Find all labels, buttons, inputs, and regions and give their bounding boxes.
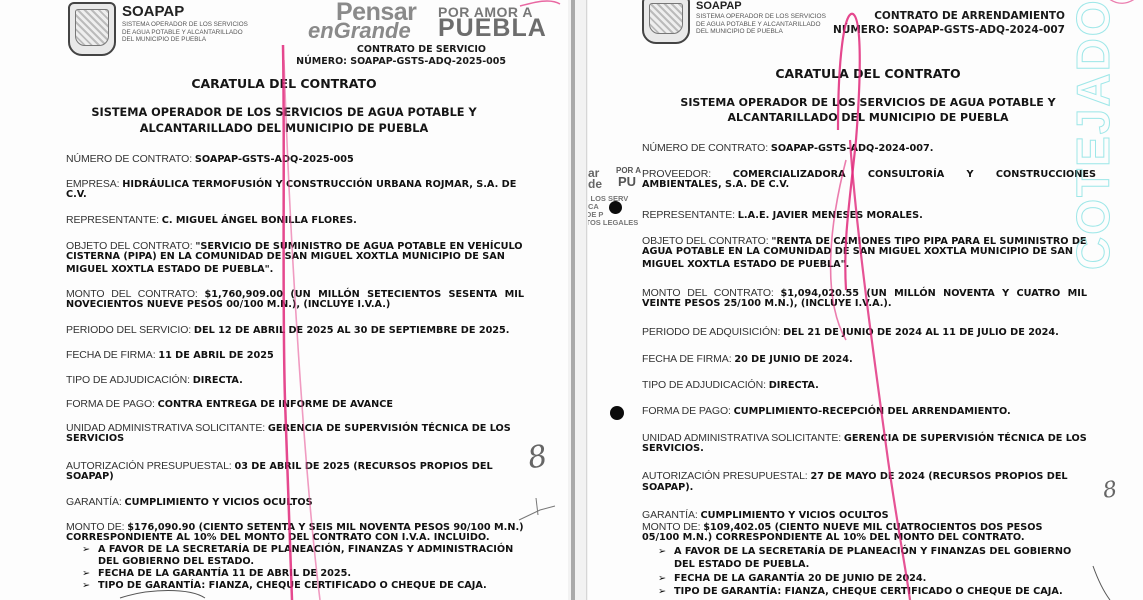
arrow-bullet-icon: ➢ [658,572,674,585]
field-signing-date: FECHA DE FIRMA: 20 DE JUNIO DE 2024. [642,350,853,366]
field-payment-form: FORMA DE PAGO: CONTRA ENTREGA DE INFORME… [66,395,393,411]
field-object-cont2: MIGUEL XOXTLA ESTADO DE PUEBLA". [642,258,849,271]
field-company-cont: C.V. [66,188,87,201]
cotejado-stamp: COTEJADO [1066,0,1120,270]
field-amount-cont: NOVECIENTOS NUEVE PESOS 00/100 M.N.), (I… [66,298,390,311]
arrow-bullet-icon: ➢ [82,543,98,556]
bullet-item-cont: DEL ESTADO DE PUEBLA. [674,558,809,571]
contract-page-left: SOAPAP SISTEMA OPERADOR DE LOS SERVICIOS… [0,0,568,600]
field-company: EMPRESA: HIDRÁULICA TERMOFUSIÓN Y CONSTR… [66,175,516,191]
soapap-crest-logo [642,0,690,44]
field-supplier-cont: AMBIENTALES, S.A. DE C.V. [642,178,789,191]
field-contract-number: NÚMERO DE CONTRATO: SOAPAP-GSTS-ADQ-2025… [66,150,354,166]
page-divider [571,0,575,600]
field-object-cont: AGUA POTABLE EN LA COMUNIDAD DE SAN MIGU… [642,245,1073,258]
arrow-bullet-icon: ➢ [658,545,674,558]
arrow-bullet-icon: ➢ [82,579,98,592]
field-signing-date: FECHA DE FIRMA: 11 DE ABRIL DE 2025 [66,346,274,362]
contract-page-right: SOAPAP SISTEMA OPERADOR DE LOS SERVICIOS… [588,0,1143,600]
org-short-name: SOAPAP [696,0,742,12]
document-subtitle: SISTEMA OPERADOR DE LOS SERVICIOS DE AGU… [628,95,1108,125]
field-object-cont2: MIGUEL XOXTLA ESTADO DE PUEBLA". [66,263,273,276]
punch-hole-dot [610,406,624,420]
punch-hole-dot [609,201,622,214]
bullet-item: ➢TIPO DE GARANTÍA: FIANZA, CHEQUE CERTIF… [658,585,1063,598]
field-guarantee-amount-cont: 05/100 M.N.) CORRESPONDIENTE AL 10% DEL … [642,531,1025,544]
doc-number: NÚMERO: SOAPAP-GSTS-ADQ-2025-005 [296,56,506,67]
doc-type: CONTRATO DE SERVICIO [357,44,486,55]
bullet-item: ➢A FAVOR DE LA SECRETARÍA DE PLANEACIÓN … [658,545,1071,558]
doc-type: CONTRATO DE ARRENDAMIENTO [874,10,1065,22]
bullet-item: ➢TIPO DE GARANTÍA: FIANZA, CHEQUE CERTIF… [82,579,487,592]
field-guarantee: GARANTÍA: CUMPLIMIENTO Y VICIOS OCULTOS [66,493,313,509]
field-payment-form: FORMA DE PAGO: CUMPLIMIENTO-RECEPCIÓN DE… [642,402,1011,418]
field-amount-cont: VEINTE PESOS 25/100 M.N.), (INCLUYE I.V.… [642,297,892,310]
arrow-bullet-icon: ➢ [658,585,674,598]
field-requesting-unit-cont: SERVICIOS [66,432,124,445]
engrande-logo: enGrande [308,18,411,44]
field-budget-authorization-cont: SOAPAP) [66,470,114,483]
field-budget-authorization-cont: SOAPAP). [642,481,693,494]
field-period: PERIODO DE ADQUISICIÓN: DEL 21 DE JUNIO … [642,323,1059,339]
field-budget-authorization: AUTORIZACIÓN PRESUPUESTAL: 03 DE ABRIL D… [66,457,493,473]
field-representative: REPRESENTANTE: L.A.E. JAVIER MENESES MOR… [642,206,923,222]
field-period: PERIODO DEL SERVICIO: DEL 12 DE ABRIL DE… [66,321,509,337]
org-full-name: SISTEMA OPERADOR DE LOS SERVICIOS DE AGU… [696,13,826,36]
soapap-crest-logo [68,2,116,56]
org-full-name: SISTEMA OPERADOR DE LOS SERVICIOS DE AGU… [122,21,248,44]
document-title: CARATULA DEL CONTRATO [688,66,1048,81]
handwritten-mark: 8 [1101,477,1118,504]
field-budget-authorization: AUTORIZACIÓN PRESUPUESTAL: 27 DE MAYO DE… [642,467,1068,483]
document-subtitle: SISTEMA OPERADOR DE LOS SERVICIOS DE AGU… [0,105,568,137]
field-requesting-unit: UNIDAD ADMINISTRATIVA SOLICITANTE: GEREN… [642,429,1087,445]
field-requesting-unit-cont: SERVICIOS. [642,442,704,455]
page-edge [586,0,587,600]
field-award-type: TIPO DE ADJUDICACIÓN: DIRECTA. [642,376,819,392]
field-requesting-unit: UNIDAD ADMINISTRATIVA SOLICITANTE: GEREN… [66,419,511,435]
bleed-through-text: PU [618,174,636,189]
field-contract-number: NÚMERO DE CONTRATO: SOAPAP-GSTS-ADQ-2024… [642,139,933,155]
handwritten-mark: 8 [525,439,550,477]
field-representative: REPRESENTANTE: C. MIGUEL ÁNGEL BONILLA F… [66,211,357,227]
bullet-item: ➢FECHA DE LA GARANTÍA 20 DE JUNIO DE 202… [658,572,926,585]
puebla-logo: PUEBLA [438,14,547,43]
document-title: CARATULA DEL CONTRATO [0,76,568,91]
field-object-cont: CISTERNA (PIPA) EN LA COMUNIDAD DE SAN M… [66,250,505,263]
org-short-name: SOAPAP [122,3,184,20]
field-award-type: TIPO DE ADJUDICACIÓN: DIRECTA. [66,371,243,387]
doc-number: NÚMERO: SOAPAP-GSTS-ADQ-2024-007 [833,24,1065,36]
bleed-through-logo: nsar ande [588,168,602,190]
